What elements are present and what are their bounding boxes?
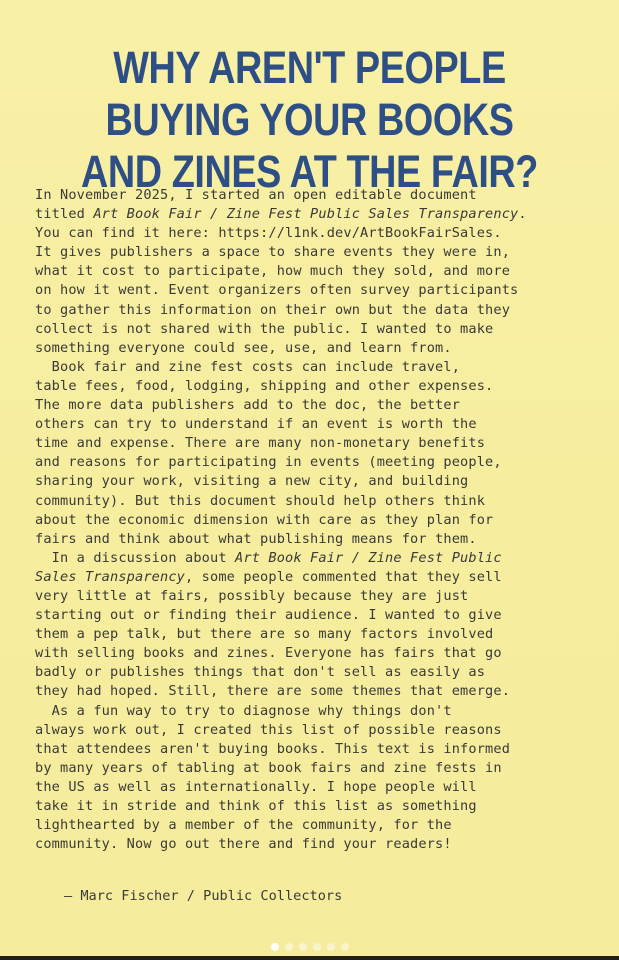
- text-run: others can try to understand if an event…: [35, 416, 477, 432]
- text-run: .: [518, 206, 526, 222]
- text-line: them a pep talk, but there are so many f…: [35, 625, 615, 644]
- text-line: It gives publishers a space to share eve…: [35, 243, 615, 262]
- text-run: It gives publishers a space to share eve…: [35, 244, 510, 260]
- text-run: and reasons for participating in events …: [35, 454, 502, 470]
- text-line: starting out or finding their audience. …: [35, 606, 615, 625]
- text-run: You can find it here: https://l1nk.dev/A…: [35, 225, 502, 241]
- bottom-border: [0, 956, 619, 960]
- text-run: take it in stride and think of this list…: [35, 798, 477, 814]
- title-line: WHY AREN'T PEOPLE: [50, 42, 570, 94]
- text-run: The more data publishers add to the doc,…: [35, 397, 460, 413]
- text-run: that attendees aren't buying books. This…: [35, 741, 510, 757]
- text-line: time and expense. There are many non-mon…: [35, 434, 615, 453]
- text-line: by many years of tabling at book fairs a…: [35, 759, 615, 778]
- author-signature: — Marc Fischer / Public Collectors: [64, 888, 342, 904]
- carousel-dot[interactable]: [285, 943, 293, 951]
- page-title: WHY AREN'T PEOPLEBUYING YOUR BOOKSAND ZI…: [0, 42, 619, 198]
- text-line: the US as well as internationally. I hop…: [35, 778, 615, 797]
- text-line: fairs and think about what publishing me…: [35, 530, 615, 549]
- text-run: with selling books and zines. Everyone h…: [35, 645, 502, 661]
- text-run: community). But this document should hel…: [35, 493, 485, 509]
- text-line: that attendees aren't buying books. This…: [35, 740, 615, 759]
- text-run: them a pep talk, but there are so many f…: [35, 626, 493, 642]
- text-line: In November 2025, I started an open edit…: [35, 186, 615, 205]
- text-line: and reasons for participating in events …: [35, 453, 615, 472]
- intro-text: In November 2025, I started an open edit…: [35, 186, 615, 854]
- text-run: , some people commented that they sell: [185, 569, 502, 585]
- text-line: what it cost to participate, how much th…: [35, 262, 615, 281]
- text-line: about the economic dimension with care a…: [35, 511, 615, 530]
- text-line: something everyone could see, use, and l…: [35, 339, 615, 358]
- carousel-dot[interactable]: [313, 943, 321, 951]
- document-title-italic: Art Book Fair / Zine Fest Public Sales T…: [93, 206, 518, 222]
- document-title-italic: Sales Transparency: [35, 569, 185, 585]
- text-line: community. Now go out there and find you…: [35, 835, 615, 854]
- text-run: by many years of tabling at book fairs a…: [35, 760, 502, 776]
- text-run: badly or publishes things that don't sel…: [35, 664, 485, 680]
- text-run: what it cost to participate, how much th…: [35, 263, 510, 279]
- text-run: As a fun way to try to diagnose why thin…: [52, 703, 452, 719]
- text-run: very little at fairs, possibly because t…: [35, 588, 468, 604]
- text-line: with selling books and zines. Everyone h…: [35, 644, 615, 663]
- text-line: they had hoped. Still, there are some th…: [35, 682, 615, 701]
- text-run: time and expense. There are many non-mon…: [35, 435, 485, 451]
- text-run: titled: [35, 206, 93, 222]
- text-line: sharing your work, visiting a new city, …: [35, 472, 615, 491]
- text-run: table fees, food, lodging, shipping and …: [35, 378, 493, 394]
- text-run: Book fair and zine fest costs can includ…: [52, 359, 460, 375]
- zine-page: WHY AREN'T PEOPLEBUYING YOUR BOOKSAND ZI…: [0, 0, 619, 956]
- text-run: to gather this information on their own …: [35, 302, 510, 318]
- carousel-dot[interactable]: [299, 943, 307, 951]
- text-run: In November 2025, I started an open edit…: [35, 187, 477, 203]
- text-run: about the economic dimension with care a…: [35, 512, 493, 528]
- text-line: community). But this document should hel…: [35, 492, 615, 511]
- text-line: Book fair and zine fest costs can includ…: [35, 358, 615, 377]
- text-line: In a discussion about Art Book Fair / Zi…: [35, 549, 615, 568]
- text-run: on how it went. Event organizers often s…: [35, 282, 518, 298]
- text-line: badly or publishes things that don't sel…: [35, 663, 615, 682]
- text-run: sharing your work, visiting a new city, …: [35, 473, 468, 489]
- text-run: In a discussion about: [52, 550, 235, 566]
- text-run: fairs and think about what publishing me…: [35, 531, 477, 547]
- text-line: table fees, food, lodging, shipping and …: [35, 377, 615, 396]
- carousel-dot[interactable]: [271, 943, 279, 951]
- title-line: BUYING YOUR BOOKS: [50, 94, 570, 146]
- text-line: others can try to understand if an event…: [35, 415, 615, 434]
- text-run: they had hoped. Still, there are some th…: [35, 683, 510, 699]
- text-line: lighthearted by a member of the communit…: [35, 816, 615, 835]
- text-run: community. Now go out there and find you…: [35, 836, 452, 852]
- text-line: always work out, I created this list of …: [35, 721, 615, 740]
- text-run: something everyone could see, use, and l…: [35, 340, 452, 356]
- text-run: always work out, I created this list of …: [35, 722, 502, 738]
- text-line: Sales Transparency, some people commente…: [35, 568, 615, 587]
- text-line: very little at fairs, possibly because t…: [35, 587, 615, 606]
- text-run: starting out or finding their audience. …: [35, 607, 502, 623]
- text-line: The more data publishers add to the doc,…: [35, 396, 615, 415]
- document-title-italic: Art Book Fair / Zine Fest Public: [235, 550, 502, 566]
- text-line: titled Art Book Fair / Zine Fest Public …: [35, 205, 615, 224]
- text-run: the US as well as internationally. I hop…: [35, 779, 477, 795]
- text-line: As a fun way to try to diagnose why thin…: [35, 702, 615, 721]
- text-line: You can find it here: https://l1nk.dev/A…: [35, 224, 615, 243]
- carousel-dot[interactable]: [341, 943, 349, 951]
- text-line: to gather this information on their own …: [35, 301, 615, 320]
- carousel-indicator: [0, 943, 619, 951]
- text-run: lighthearted by a member of the communit…: [35, 817, 452, 833]
- text-run: collect is not shared with the public. I…: [35, 321, 493, 337]
- text-line: take it in stride and think of this list…: [35, 797, 615, 816]
- carousel-dot[interactable]: [327, 943, 335, 951]
- text-line: collect is not shared with the public. I…: [35, 320, 615, 339]
- text-line: on how it went. Event organizers often s…: [35, 281, 615, 300]
